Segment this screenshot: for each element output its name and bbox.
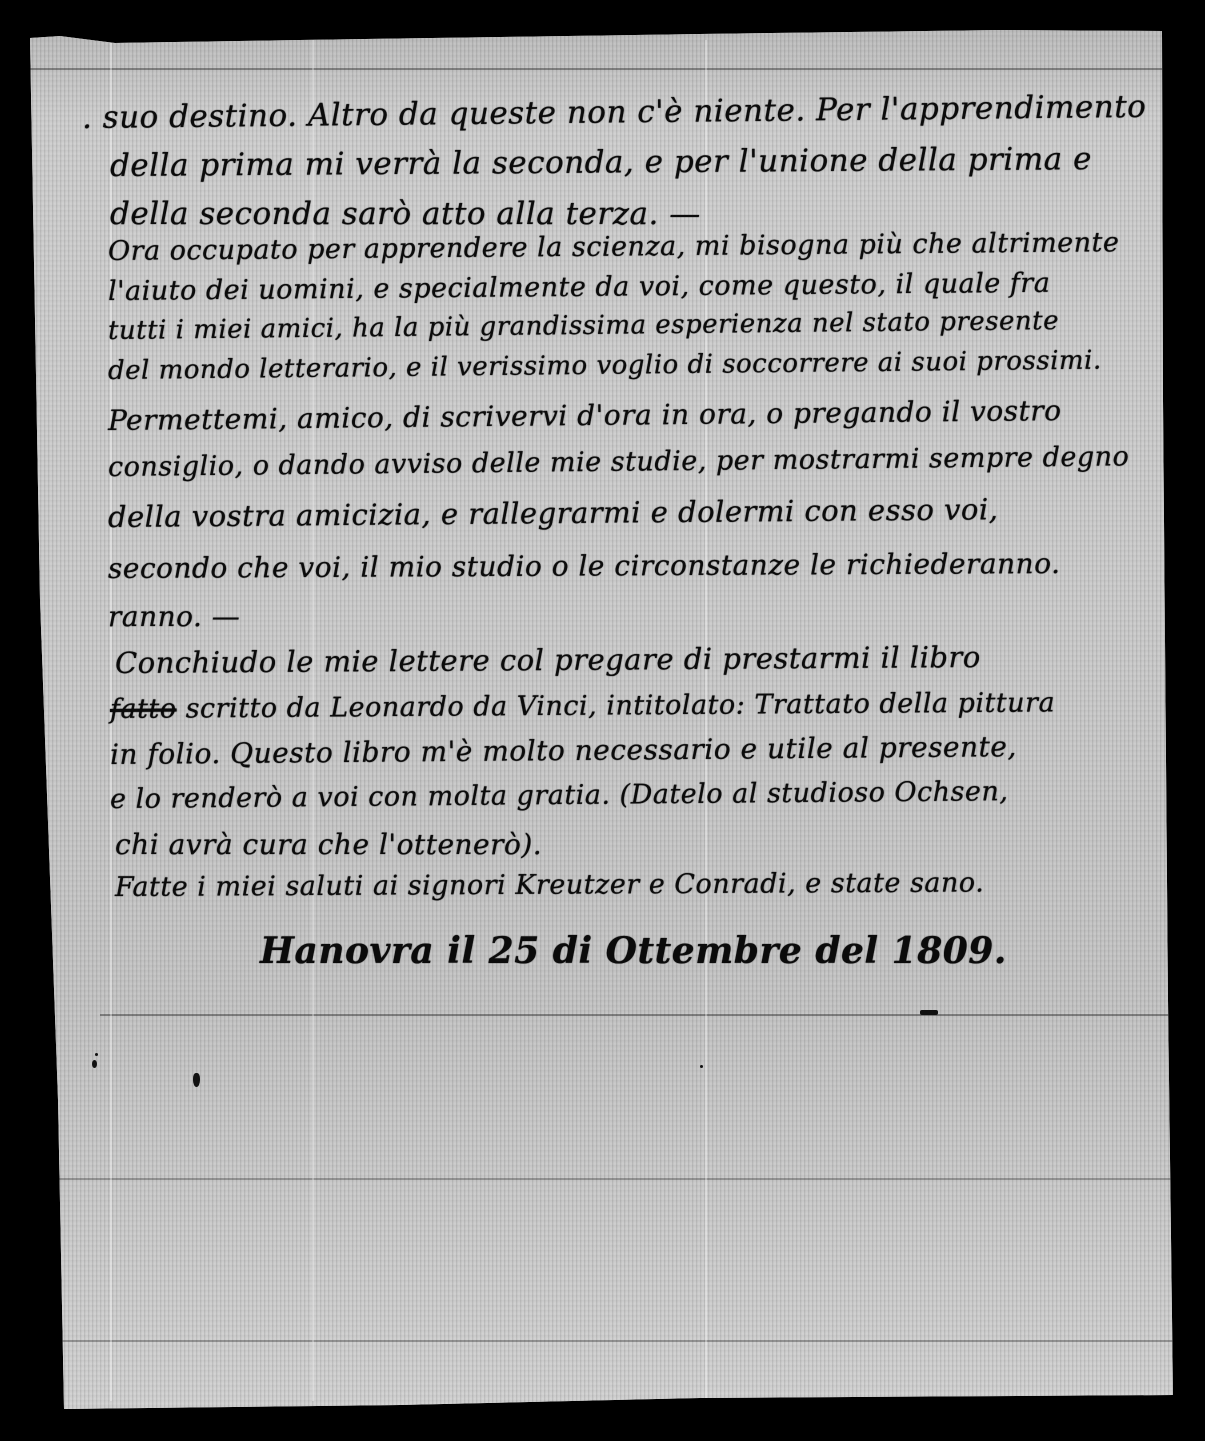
letter-dateline: Hanovra il 25 di Ottembre del 1809. [260,930,1007,972]
ink-spot [700,1065,703,1068]
line-text: scritto da Leonardo da Vinci, intitolato… [186,687,1056,724]
letter-line: Conchiudo le mie lettere col pregare di … [115,640,981,680]
ink-spot [95,1053,98,1056]
ink-spot [193,1073,200,1087]
letter-line: della seconda sarò atto alla terza. — [110,196,701,232]
letter-line: ranno. — [108,600,240,633]
letter-line: chi avrà cura che l'ottenerò). [115,828,542,861]
struck-word: fatto [110,694,177,725]
letter-line: Fatte i miei saluti ai signori Kreutzer … [115,867,984,903]
fold-line [30,68,1165,70]
letter-line: secondo che voi, il mio studio o le circ… [108,547,1061,585]
letter-line: della prima mi verrà la seconda, e per l… [110,141,1092,184]
ink-spot [920,1010,938,1015]
letter-line: fatto scritto da Leonardo da Vinci, inti… [110,687,1055,725]
ink-spot [92,1060,97,1068]
fold-line [60,1340,1175,1342]
fold-line [100,1014,1175,1016]
fold-line [30,1178,1175,1180]
ink-spot [30,1021,34,1027]
